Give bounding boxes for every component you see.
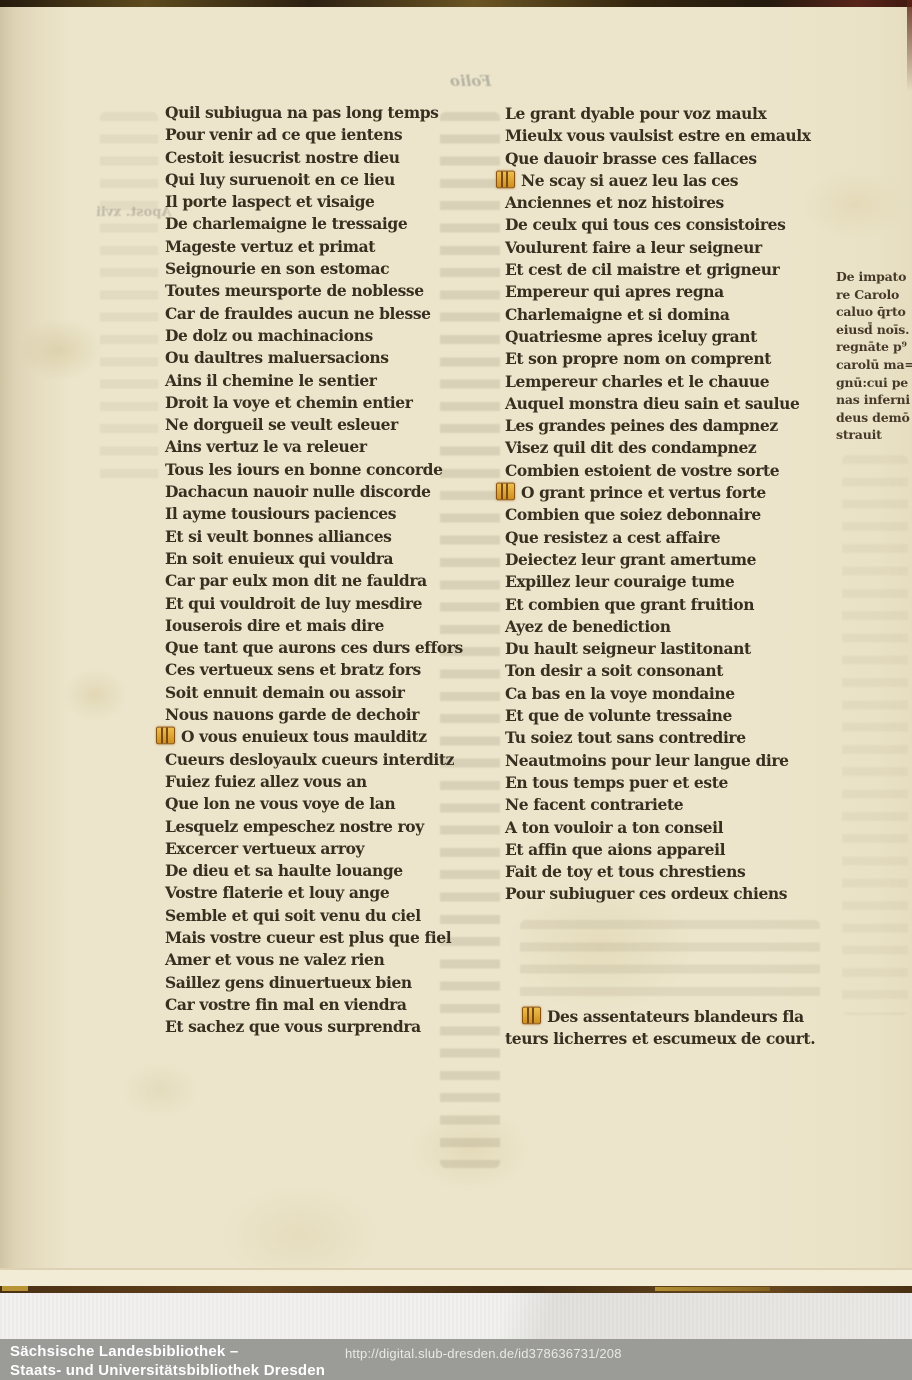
- text-line: Anciennes et noz histoires: [505, 192, 811, 215]
- text-line: Ains vertuz le va releuer: [165, 436, 463, 459]
- text-line: Et combien que grant fruition: [505, 593, 811, 616]
- book-bottom-edge: [0, 1286, 912, 1293]
- text-line: Ayez de benediction: [505, 615, 811, 638]
- text-line: carolū ma=: [836, 356, 912, 374]
- text-line: Que resistez a cest affaire: [505, 526, 811, 549]
- text-line: Droit la voye et chemin entier: [165, 391, 463, 414]
- text-line: Il porte laspect et visaige: [165, 191, 463, 214]
- showthrough-ghost-rows-lower: [520, 920, 820, 1000]
- text-line: Les grandes peines des dampnez: [505, 415, 811, 438]
- text-line: Fuiez fuiez allez vous an: [165, 770, 463, 793]
- text-line: nas inferni: [836, 391, 912, 409]
- text-line: En tous temps puer et este: [505, 771, 811, 794]
- text-line: teurs licherres et escumeux de court.: [505, 1028, 815, 1051]
- rubric-paragraph-mark-icon: [522, 1007, 541, 1025]
- text-line: Le grant dyable pour voz maulx: [505, 103, 811, 126]
- text-line: Vostre flaterie et louy ange: [165, 882, 463, 905]
- text-line: Et que de volunte tressaine: [505, 705, 811, 728]
- text-line: De dieu et sa haulte louange: [165, 860, 463, 883]
- text-line: Auquel monstra dieu sain et saulue: [505, 392, 811, 415]
- marginal-note: De impatore Carolocaluo q̄rtoeiusd̄ noī…: [836, 268, 912, 444]
- footer-bar: Sächsische Landesbibliothek – Staats- un…: [0, 1339, 912, 1380]
- text-line: De dolz ou machinacions: [165, 325, 463, 348]
- text-line: Qui luy suruenoit en ce lieu: [165, 168, 463, 191]
- book-cover-corner: [907, 0, 912, 92]
- text-line: Mais vostre cueur est plus que fiel: [165, 927, 463, 950]
- text-line: Semble et qui soit venu du ciel: [165, 904, 463, 927]
- text-line: Et son propre nom on comprent: [505, 348, 811, 371]
- text-line: Et affin que aions appareil: [505, 838, 811, 861]
- text-line: Empereur qui apres regna: [505, 281, 811, 304]
- text-line: En soit enuieux qui vouldra: [165, 547, 463, 570]
- text-line: deus demō: [836, 409, 912, 427]
- library-name-line2: Staats- und Universitätsbibliothek Dresd…: [10, 1361, 325, 1380]
- text-line: O grant prince et vertus forte: [505, 482, 811, 505]
- text-line: A ton vouloir a ton conseil: [505, 816, 811, 839]
- right-text-column: Le grant dyable pour voz maulxMieulx vou…: [505, 103, 811, 906]
- library-name: Sächsische Landesbibliothek – Staats- un…: [10, 1342, 325, 1380]
- text-line: Tu soiez tout sans contredire: [505, 727, 811, 750]
- text-line: Il ayme tousiours paciences: [165, 503, 463, 526]
- text-line: Ne facent contrariete: [505, 794, 811, 817]
- manuscript-scan-page: Folio Apost. xvii Quil subiugua na pas l…: [0, 0, 912, 1380]
- text-line: Des assentateurs blandeurs fla: [531, 1006, 815, 1029]
- text-line: De impato: [836, 268, 912, 286]
- text-line: Car par eulx mon dit ne fauldra: [165, 570, 463, 593]
- text-line: regnāte p⁹: [836, 338, 912, 356]
- text-line: Tous les iours en bonne concorde: [165, 458, 463, 481]
- text-line: Cueurs desloyaulx cueurs interditz: [165, 748, 463, 771]
- showthrough-ghost-rows-left: [100, 112, 158, 484]
- text-line: Ou daultres maluersacions: [165, 347, 463, 370]
- text-line: De charlemaigne le tressaige: [165, 213, 463, 236]
- text-line: Ca bas en la voye mondaine: [505, 682, 811, 705]
- book-top-edge: [0, 0, 912, 7]
- text-line: Que dauoir brasse ces fallaces: [505, 147, 811, 170]
- text-line: Seignourie en son estomac: [165, 258, 463, 281]
- text-line: eiusd̄ noīs.: [836, 321, 912, 339]
- gilt-edge-fleck: [655, 1287, 770, 1291]
- text-line: Ne scay si auez leu las ces: [505, 169, 811, 192]
- text-line: Voulurent faire a leur seigneur: [505, 236, 811, 259]
- text-line: Car vostre fin mal en viendra: [165, 993, 463, 1016]
- text-line: Soit ennuit demain ou assoir: [165, 681, 463, 704]
- gilt-edge-fleck: [2, 1286, 28, 1291]
- text-line: Amer et vous ne valez rien: [165, 949, 463, 972]
- text-line: Fait de toy et tous chrestiens: [505, 861, 811, 884]
- text-line: Cestoit iesucrist nostre dieu: [165, 146, 463, 169]
- text-line: Lempereur charles et le chauue: [505, 370, 811, 393]
- showthrough-ghost-rows-right-margin: [842, 455, 908, 1015]
- library-name-line1: Sächsische Landesbibliothek –: [10, 1342, 325, 1361]
- text-line: Que lon ne vous voye de lan: [165, 793, 463, 816]
- text-line: O vous enuieux tous maulditz: [165, 726, 463, 749]
- text-line: Toutes meursporte de noblesse: [165, 280, 463, 303]
- left-margin-showthrough-text: Apost. xvii: [96, 205, 171, 220]
- text-line: Lesquelz empeschez nostre roy: [165, 815, 463, 838]
- rubric-paragraph-mark-icon: [496, 170, 515, 188]
- folio-showthrough-text: Folio: [450, 72, 491, 90]
- text-line: Visez quil dit des condampnez: [505, 437, 811, 460]
- text-line: De ceulx qui tous ces consistoires: [505, 214, 811, 237]
- document-url: http://digital.slub-dresden.de/id3786367…: [345, 1346, 622, 1361]
- text-line: strauit: [836, 426, 912, 444]
- page-fore-edge: [0, 1268, 912, 1286]
- text-line: Ains il chemine le sentier: [165, 369, 463, 392]
- text-line: Du hault seigneur lastitonant: [505, 638, 811, 661]
- text-line: gnū:cui pe: [836, 374, 912, 392]
- text-line: Combien que soiez debonnaire: [505, 504, 811, 527]
- text-line: Nous nauons garde de dechoir: [165, 704, 463, 727]
- text-line: Charlemaigne et si domina: [505, 303, 811, 326]
- text-line: Iouserois dire et mais dire: [165, 614, 463, 637]
- left-text-column: Quil subiugua na pas long tempsPour veni…: [165, 102, 463, 1038]
- text-line: Expillez leur couraige tume: [505, 571, 811, 594]
- text-line: Et si veult bonnes alliances: [165, 525, 463, 548]
- text-line: Dachacun nauoir nulle discorde: [165, 481, 463, 504]
- chapter-caption: Des assentateurs blandeurs flateurs lich…: [505, 1006, 815, 1051]
- text-line: Ne dorgueil se veult esleuer: [165, 414, 463, 437]
- text-line: caluo q̄rto: [836, 303, 912, 321]
- text-line: Excercer vertueux arroy: [165, 837, 463, 860]
- text-line: re Carolo: [836, 286, 912, 304]
- text-line: Neautmoins pour leur langue dire: [505, 749, 811, 772]
- text-line: Et qui vouldroit de luy mesdire: [165, 592, 463, 615]
- text-line: Que tant que aurons ces durs effors: [165, 637, 463, 660]
- rubric-paragraph-mark-icon: [496, 483, 515, 501]
- text-line: Saillez gens dinuertueux bien: [165, 971, 463, 994]
- rubric-paragraph-mark-icon: [156, 727, 175, 745]
- text-line: Quatriesme apres iceluy grant: [505, 326, 811, 349]
- text-line: Et cest de cil maistre et grigneur: [505, 259, 811, 282]
- text-line: Mageste vertuz et primat: [165, 235, 463, 258]
- text-line: Quil subiugua na pas long temps: [165, 102, 463, 125]
- text-line: Deiectez leur grant amertume: [505, 548, 811, 571]
- text-line: Ton desir a soit consonant: [505, 660, 811, 683]
- text-line: Pour subiuguer ces ordeux chiens: [505, 883, 811, 906]
- text-line: Pour venir ad ce que ientens: [165, 124, 463, 147]
- text-line: Et sachez que vous surprendra: [165, 1016, 463, 1039]
- text-line: Combien estoient de vostre sorte: [505, 459, 811, 482]
- text-line: Ces vertueux sens et bratz fors: [165, 659, 463, 682]
- text-line: Car de frauldes aucun ne blesse: [165, 302, 463, 325]
- text-line: Mieulx vous vaulsist estre en emaulx: [505, 125, 811, 148]
- cradle-fabric: [0, 1293, 912, 1339]
